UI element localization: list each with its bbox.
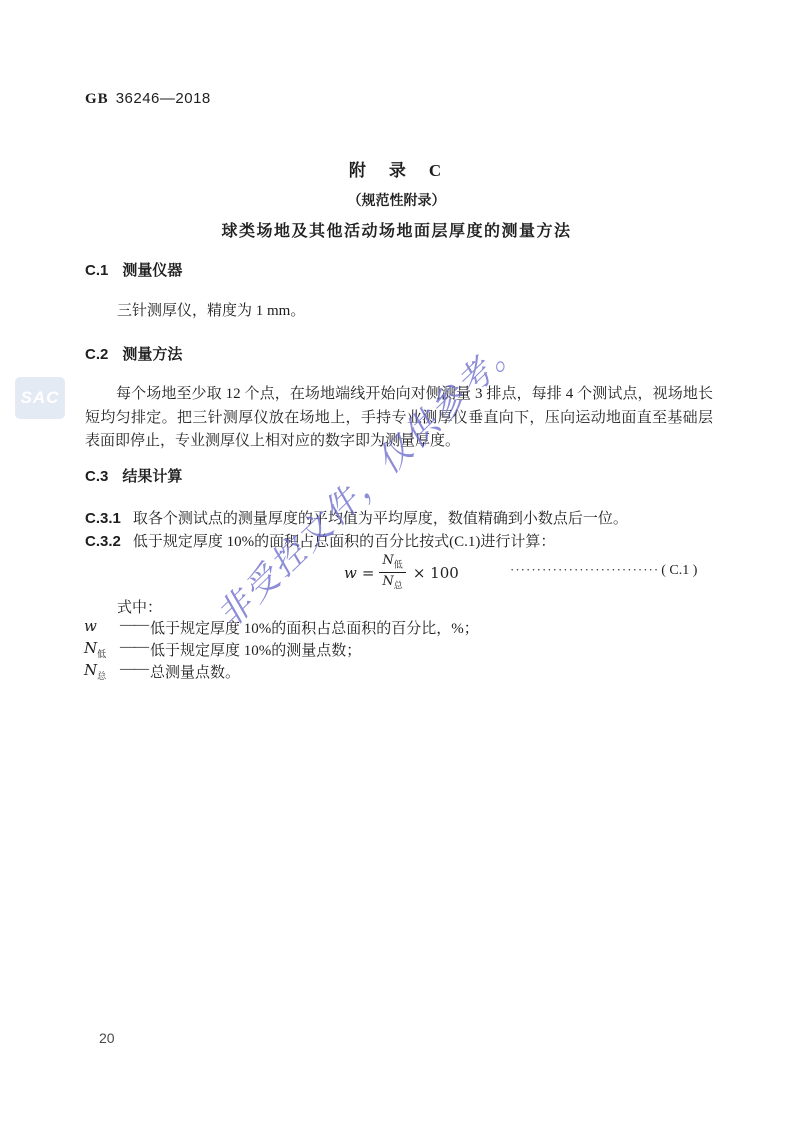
definition-n-total-desc: 总测量点数。 (150, 661, 240, 682)
definition-n-low-dash: —— (120, 639, 148, 660)
appendix-title: 附 录 C (0, 156, 793, 181)
definition-w-symbol: w (84, 617, 120, 638)
section-c2-heading: C.2测量方法 (85, 343, 182, 364)
formula-denominator-base: N (382, 574, 393, 589)
clause-c32-text: 低于规定厚度 10%的面积占总面积的百分比按式(C.1)进行计算： (133, 534, 556, 550)
clause-c32-number: C.3.2 (85, 533, 121, 550)
formula-lhs: w (344, 564, 357, 582)
definition-w-base: w (84, 617, 97, 635)
clause-c32: C.3.2低于规定厚度 10%的面积占总面积的百分比按式(C.1)进行计算： (85, 530, 555, 551)
sac-logo-text: SAC (21, 388, 60, 408)
appendix-name: 球类场地及其他活动场地面层厚度的测量方法 (0, 218, 793, 241)
title-block: 附 录 C （规范性附录） 球类场地及其他活动场地面层厚度的测量方法 (0, 156, 793, 241)
document-header: GB36246—2018 (85, 90, 211, 108)
section-c1-number: C.1 (85, 262, 108, 279)
clause-c31: C.3.1取各个测试点的测量厚度的平均值为平均厚度，数值精确到小数点后一位。 (85, 507, 628, 528)
formula-dots: ···························· (510, 562, 659, 577)
definition-n-low-symbol: N低 (84, 639, 120, 660)
page-number: 20 (99, 1030, 115, 1046)
formula-leader: ····························( C.1 ) (510, 562, 697, 579)
formula-label: ( C.1 ) (661, 563, 697, 578)
section-c3-heading: C.3结果计算 (85, 465, 182, 486)
definition-n-total: N总 —— 总测量点数。 (84, 661, 240, 682)
formula-c1: w = N低 N总 × 100 (344, 553, 459, 593)
definition-n-total-subscript: 总 (97, 672, 106, 682)
section-c1-heading: C.1测量仪器 (85, 259, 182, 280)
formula-denominator: N总 (382, 573, 402, 592)
section-c2-number: C.2 (85, 346, 108, 363)
formula-fraction: N低 N总 (379, 553, 405, 593)
definition-n-low-desc: 低于规定厚度 10%的测量点数； (150, 639, 361, 660)
formula-numerator-base: N (382, 553, 393, 568)
section-c1-title: 测量仪器 (122, 263, 182, 279)
formula-numerator: N低 (379, 553, 405, 573)
formula-equals: = (362, 564, 375, 582)
definition-n-low-subscript: 低 (97, 650, 106, 660)
formula-numerator-subscript: 低 (394, 561, 403, 571)
where-label: 式中： (117, 596, 162, 617)
standard-code: GB (85, 91, 109, 107)
definition-n-total-base: N (84, 661, 97, 679)
section-c2-body: 每个场地至少取 12 个点，在场地端线开始向对侧测量 3 排点，每排 4 个测试… (85, 383, 713, 454)
definition-n-total-symbol: N总 (84, 661, 120, 682)
clause-c31-number: C.3.1 (85, 510, 121, 527)
definition-w: w —— 低于规定厚度 10%的面积占总面积的百分比，%； (84, 617, 479, 638)
document-page: SAC GB36246—2018 附 录 C （规范性附录） 球类场地及其他活动… (0, 0, 793, 1122)
sac-logo: SAC (15, 377, 65, 419)
definition-n-low: N低 —— 低于规定厚度 10%的测量点数； (84, 639, 361, 660)
section-c3-number: C.3 (85, 468, 108, 485)
definition-n-total-dash: —— (120, 661, 148, 682)
definition-w-desc: 低于规定厚度 10%的面积占总面积的百分比，%； (150, 617, 479, 638)
section-c1-body: 三针测厚仪，精度为 1 mm。 (117, 299, 305, 320)
clause-c31-text: 取各个测试点的测量厚度的平均值为平均厚度，数值精确到小数点后一位。 (133, 511, 628, 527)
definition-n-low-base: N (84, 639, 97, 657)
definition-w-dash: —— (120, 617, 148, 638)
section-c2-title: 测量方法 (122, 347, 182, 363)
formula-multiplier: × 100 (413, 564, 459, 582)
standard-number: 36246—2018 (116, 90, 211, 107)
formula-denominator-subscript: 总 (394, 582, 403, 592)
section-c3-title: 结果计算 (122, 469, 182, 485)
appendix-type: （规范性附录） (0, 190, 793, 210)
